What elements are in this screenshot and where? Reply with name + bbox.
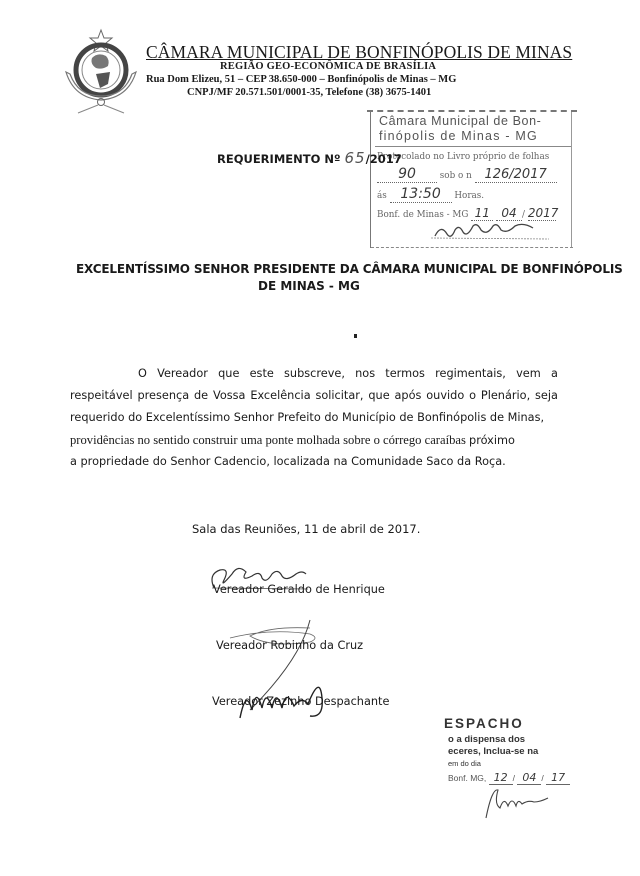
stamp-place-label: Bonf. de Minas - MG	[377, 210, 468, 220]
body-line1: OVereadorqueestesubscreve,nostermosregim…	[138, 367, 558, 380]
body-word: Vereador	[157, 367, 208, 380]
stamp-date-day: 11	[471, 206, 493, 221]
letterhead-cnpj-phone: CNPJ/MF 20.571.501/0001-35, Telefone (38…	[187, 87, 431, 98]
stray-mark	[354, 334, 357, 338]
stamp-header-line2: finópolis de Minas - MG	[379, 129, 538, 143]
body-word: Excelência	[250, 389, 310, 402]
stamp-date-month: 04	[496, 206, 522, 221]
letterhead-region: REGIÃO GEO-ECONÔMICA DE BRASÍLIA	[220, 61, 436, 72]
body-word: seja	[535, 389, 558, 402]
signatory-name: Vereador Robinho da Cruz	[216, 639, 363, 652]
despacho-line2: eceres, Inclua-se na	[448, 746, 538, 757]
addressee-line1: EXCELENTÍSSIMO SENHOR PRESIDENTE DA CÂMA…	[76, 262, 623, 276]
body-word: este	[250, 367, 274, 380]
letterhead-title: CÂMARA MUNICIPAL DE BONFINÓPOLIS DE MINA…	[146, 42, 572, 63]
stamp-as-label: ás	[377, 191, 387, 201]
despacho-line3: em do dia	[448, 759, 481, 768]
stamp-folhas-value: 90	[377, 166, 437, 183]
signature-icon	[478, 782, 558, 822]
body-word: que	[218, 367, 239, 380]
body-word: após	[395, 389, 422, 402]
stamp-folhas-row: 90 sob o n 126/2017	[377, 166, 557, 183]
body-word: o	[469, 389, 476, 402]
body-word: de	[194, 389, 208, 402]
despacho-line1: o a dispensa dos	[448, 734, 525, 745]
stamp-date-row: Bonf. de Minas - MG 11 04/ 2017	[377, 206, 556, 221]
body-word: O	[138, 367, 147, 380]
body-word: respeitável	[70, 389, 133, 402]
request-label: REQUERIMENTO Nº	[217, 152, 344, 166]
body-line4: providências no sentido construir uma po…	[70, 433, 515, 448]
stamp-divider	[375, 146, 571, 147]
stamp-registered-label: Protocolado no Livro próprio de folhas	[377, 152, 549, 162]
signatory-name: Vereador Zezinho Despachante	[212, 695, 389, 708]
body-word: subscreve,	[284, 367, 345, 380]
stamp-date-year: 2017	[528, 206, 556, 221]
body-line4-sans: próximo	[469, 434, 515, 447]
request-number-handwritten: 65	[344, 149, 365, 167]
stamp-sob-label: sob o n	[440, 171, 472, 181]
stamp-number-value: 126/2017	[475, 167, 557, 183]
body-word: vem	[516, 367, 541, 380]
stamp-time-value: 13:50	[390, 186, 452, 203]
stamp-time-row: ás 13:50 Horas.	[377, 186, 484, 203]
despacho-title: ESPACHO	[444, 716, 524, 731]
body-line4-serif: providências no sentido construir uma po…	[70, 433, 469, 447]
signatory-name: Vereador Geraldo de Henrique	[213, 583, 385, 596]
body-word: a	[551, 367, 558, 380]
request-year: /2017	[366, 152, 402, 166]
stamp-border	[371, 247, 573, 248]
body-word: Vossa	[213, 389, 245, 402]
body-word: termos	[385, 367, 425, 380]
body-word: nos	[355, 367, 375, 380]
body-word: que	[368, 389, 389, 402]
request-title: REQUERIMENTO Nº 65/2017	[217, 149, 402, 167]
protocol-stamp: Câmara Municipal de Bon- finópolis de Mi…	[370, 110, 572, 248]
addressee-line2: DE MINAS - MG	[258, 279, 360, 293]
body-line2: respeitávelpresençadeVossaExcelênciasoli…	[70, 389, 558, 402]
body-word: Plenário,	[481, 389, 530, 402]
closing-place-date: Sala das Reuniões, 11 de abril de 2017.	[192, 522, 420, 536]
body-word: ouvido	[426, 389, 464, 402]
signature-icon	[210, 618, 360, 728]
coat-of-arms-icon	[60, 28, 142, 114]
stamp-border	[367, 110, 577, 112]
stamp-horas-label: Horas.	[454, 191, 484, 201]
body-line5: a propriedade do Senhor Cadencio, locali…	[70, 455, 506, 468]
body-line3: requerido do Excelentíssimo Senhor Prefe…	[70, 411, 544, 424]
despacho-stamp: ESPACHO o a dispensa dos eceres, Inclua-…	[438, 716, 598, 826]
letterhead-address: Rua Dom Elizeu, 51 – CEP 38.650-000 – Bo…	[146, 74, 456, 85]
body-word: regimentais,	[435, 367, 506, 380]
body-word: solicitar,	[315, 389, 363, 402]
stamp-header-line1: Câmara Municipal de Bon-	[379, 114, 541, 128]
signature-icon	[431, 222, 551, 242]
body-word: presença	[137, 389, 189, 402]
